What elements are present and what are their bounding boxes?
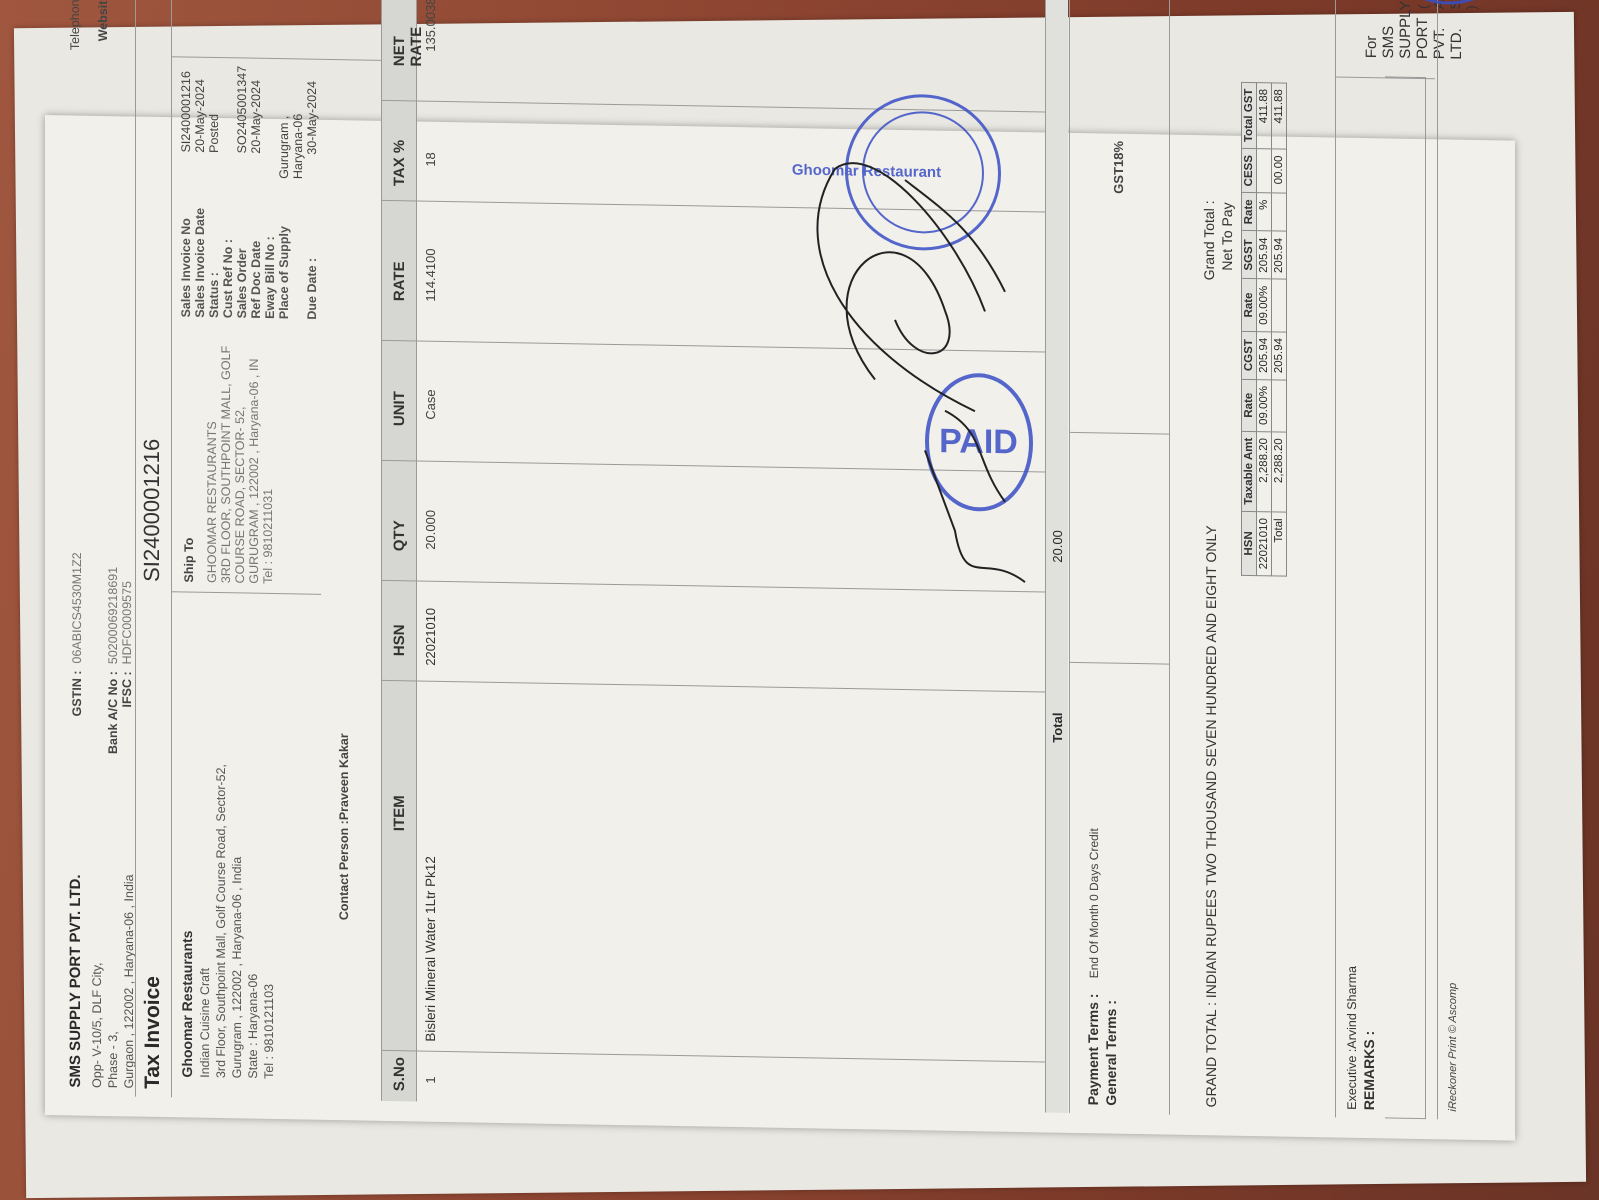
seller-address-line: Phase - 3, <box>105 874 121 1088</box>
meta-label: Due Date : <box>305 155 319 320</box>
gst-total-cell: 205.94 <box>1272 231 1287 279</box>
ifsc-value: HDFC0009575 <box>119 581 135 665</box>
gst-col-header: Total GST <box>1242 82 1257 149</box>
cell-qty: 20.000 <box>423 510 438 550</box>
payment-terms-label: Payment Terms : <box>1085 993 1101 1105</box>
gst-cell: 205.94 <box>1257 331 1272 379</box>
contact-person: Contact Person :Praveen Kakar <box>337 733 351 920</box>
gst-col-header: CGST <box>1242 331 1257 379</box>
col-header-hsn: HSN <box>391 624 408 656</box>
meta-label: Sales Invoice No <box>179 152 193 317</box>
col-header-rate: RATE <box>391 261 408 301</box>
gst-cell: 09.00% <box>1257 379 1272 431</box>
meta-row: Place of SupplyGurugram , Haryana-06 <box>277 66 305 319</box>
seller-name: SMS SUPPLY PORT PVT. LTD. <box>67 874 84 1087</box>
gst-col-header: Rate <box>1242 193 1257 231</box>
meta-label: Status : <box>207 153 221 318</box>
bill-to-line: Indian Cuisine Craft <box>197 764 213 1078</box>
remarks-label: REMARKS : <box>1361 1031 1377 1111</box>
bill-to-line: 3rd Floor, Southpoint Mall, Golf Course … <box>213 764 229 1078</box>
meta-label: Place of Supply <box>277 179 305 320</box>
gst-total-cell <box>1272 380 1287 432</box>
general-terms-label: General Terms : <box>1103 1000 1119 1106</box>
bill-to-address: Indian Cuisine Craft 3rd Floor, Southpoi… <box>197 764 277 1079</box>
ship-to-line: COURSE ROAD, SECTOR- 52, <box>233 346 247 584</box>
gst-cell: 09.00% <box>1257 279 1272 331</box>
meta-label: Ref Doc Date <box>249 154 263 319</box>
software-credit: iReckoner Print © Ascomp <box>1447 983 1459 1112</box>
col-header-tax: TAX % <box>391 140 408 187</box>
gst-total-cell: 411.88 <box>1272 83 1287 150</box>
col-header-sno: S.No <box>391 1057 408 1091</box>
cell-rate: 114.4100 <box>423 248 438 302</box>
meta-value: 30-May-2024 <box>305 81 319 155</box>
cell-tax: 18 <box>423 152 438 167</box>
ship-to-line: GHOOMAR RESTAURANTS <box>205 345 219 583</box>
col-header-qty: QTY <box>391 520 408 551</box>
meta-value: 20-May-2024 <box>249 80 263 154</box>
cell-item: Bisleri Mineral Water 1Ltr Pk12 <box>423 856 438 1042</box>
gst-col-header: HSN <box>1242 511 1257 575</box>
gst-total-cell: 00.00 <box>1272 149 1287 194</box>
meta-value: Gurugram , Haryana-06 <box>277 66 305 179</box>
meta-label: Cust Ref No : <box>221 153 235 318</box>
gst-row: 220210102,288.2009.00%205.9409.00%205.94… <box>1257 82 1272 576</box>
gst-total-cell: 2,288.20 <box>1272 432 1287 512</box>
telephone-label: Telephone : <box>67 0 83 76</box>
gst-cell: % <box>1257 193 1272 231</box>
meta-row: Eway Bill No : <box>263 66 277 319</box>
meta-row: Sales Invoice NoSI2400001216 <box>179 65 193 318</box>
col-header-unit: UNIT <box>391 391 408 426</box>
bill-to-name: Ghoomar Restaurants <box>179 930 195 1077</box>
meta-row: Sales Invoice Date20-May-2024 <box>193 65 207 318</box>
cell-unit: Case <box>423 389 438 420</box>
amount-in-words: GRAND TOTAL : INDIAN RUPEES TWO THOUSAND… <box>1203 525 1219 1107</box>
meta-row: Sales OrderSO2405001347 <box>235 66 249 319</box>
ship-to-phone: Tel : 9810211031 <box>261 346 275 584</box>
gst-total-cell <box>1272 193 1287 231</box>
bill-to-state: State : Haryana-06 <box>245 764 261 1078</box>
gst-total-row: Total2,288.20205.94205.9400.00411.88 <box>1272 83 1287 577</box>
gstin-value: 06ABICS4530M1Z2 <box>69 552 85 663</box>
meta-value: SO2405001347 <box>235 66 249 154</box>
gst-summary-table: HSNTaxable AmtRateCGSTRateSGSTRateCESSTo… <box>1241 81 1287 576</box>
ship-to-address: GHOOMAR RESTAURANTS 3RD FLOOR, SOUTHPOIN… <box>205 345 275 584</box>
gst-cell: 22021010 <box>1257 511 1272 575</box>
gst-cell: 411.88 <box>1257 82 1272 149</box>
invoice-number-heading: SI2400001216 <box>139 439 165 583</box>
executive-name: Executive :Arvind Sharma <box>1345 966 1359 1110</box>
invoice-page: SMS SUPPLY PORT PVT. LTD. Opp- V-10/5, D… <box>45 115 1515 1141</box>
meta-value: 20-May-2024 <box>193 79 207 153</box>
gst-col-header: Rate <box>1242 279 1257 331</box>
gst-total-cell <box>1272 279 1287 331</box>
meta-label: Sales Invoice Date <box>193 153 207 318</box>
ifsc-label: IFSC : <box>119 671 135 761</box>
seller-address: Opp- V-10/5, DLF City, Phase - 3, Gurgao… <box>89 874 137 1089</box>
payment-terms-value: End Of Month 0 Days Credit <box>1087 828 1101 978</box>
meta-row: Status :Posted <box>207 65 221 318</box>
meta-row: Due Date :30-May-2024 <box>305 67 319 320</box>
meta-label: Eway Bill No : <box>263 154 277 319</box>
bill-to-phone: Tel : 9810121103 <box>261 765 277 1079</box>
document-title: Tax Invoice <box>141 976 165 1089</box>
gst-col-header: Taxable Amt <box>1242 431 1257 511</box>
gstin-label: GSTIN : <box>69 670 85 760</box>
gst-cell: 205.94 <box>1257 231 1272 279</box>
items-total-label: Total <box>1050 712 1065 742</box>
ship-to-line: GURUGRAM , 122002 , Haryana-06 , IN <box>247 346 261 584</box>
meta-row: Ref Doc Date20-May-2024 <box>249 66 263 319</box>
meta-value: SI2400001216 <box>179 71 193 153</box>
gst-cell <box>1257 149 1272 194</box>
gst-col-header: SGST <box>1242 231 1257 279</box>
cell-sno: 1 <box>423 1076 438 1083</box>
gst-col-header: Rate <box>1242 379 1257 431</box>
handwritten-signature <box>725 127 1055 613</box>
grand-total-label: Grand Total : <box>1201 200 1217 280</box>
invoice-meta: Sales Invoice NoSI2400001216Sales Invoic… <box>179 65 319 320</box>
ship-to-line: 3RD FLOOR, SOUTHPOINT MALL, GOLF <box>219 346 233 584</box>
website-label: Website : <box>95 0 111 76</box>
col-header-net-rate: NET RATE <box>391 26 425 66</box>
cell-hsn: 22021010 <box>423 608 438 666</box>
meta-label: Sales Order <box>235 153 249 318</box>
seller-address-line: Opp- V-10/5, DLF City, <box>89 874 105 1088</box>
cell-net-rate: 135.0038 <box>423 0 438 52</box>
gst-col-header: CESS <box>1242 148 1257 193</box>
gst-total-cell: 205.94 <box>1272 331 1287 379</box>
ship-to-label: Ship To <box>181 537 197 582</box>
meta-value: Posted <box>207 114 221 153</box>
meta-row: Cust Ref No : <box>221 65 235 318</box>
bill-to-line: Gurugram , 122002 , Haryana-06 , India <box>229 764 245 1078</box>
net-to-pay-label: Net To Pay <box>1219 202 1235 271</box>
gst-total-cell: Total <box>1272 512 1287 576</box>
gst-percent-label: GST18% <box>1111 141 1126 194</box>
gst-cell: 2,288.20 <box>1257 431 1272 511</box>
col-header-item: ITEM <box>391 795 408 831</box>
